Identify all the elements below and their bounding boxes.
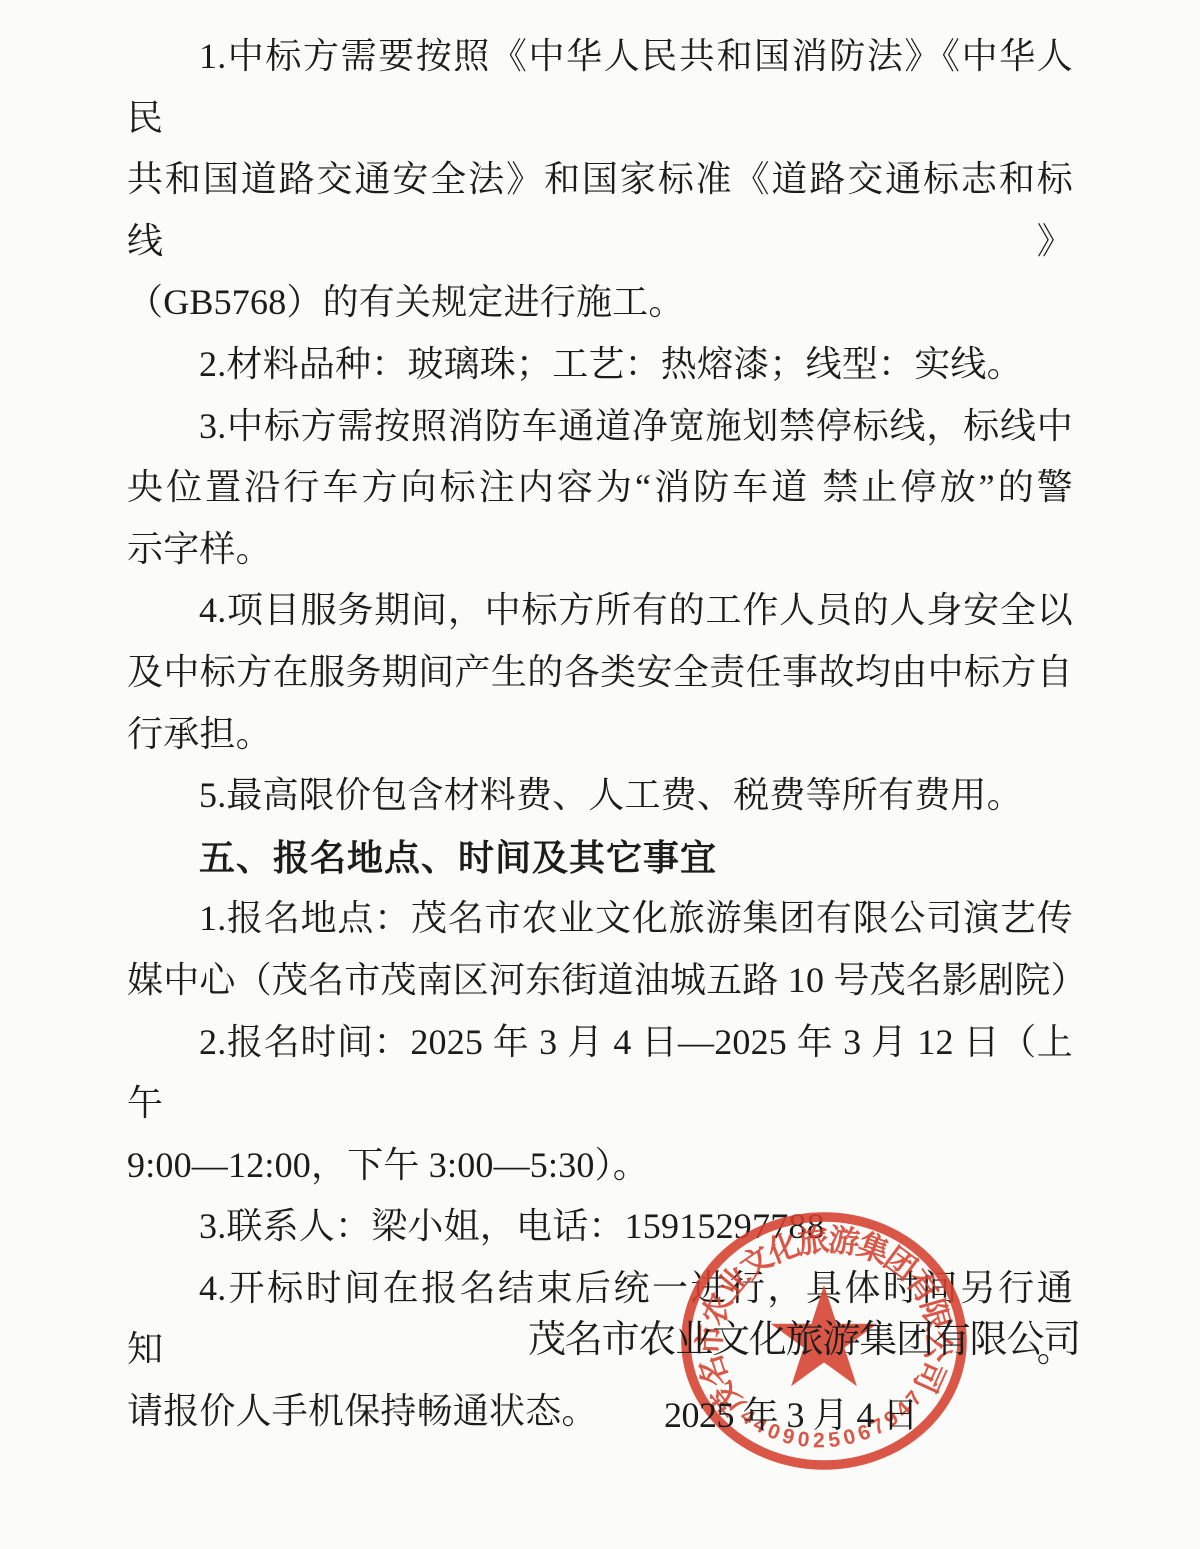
section-heading: 五、报名地点、时间及其它事宜 [127, 827, 1073, 889]
doc-line: 央位置沿行车方向标注内容为“消防车道 禁止停放”的警 [127, 457, 1073, 519]
doc-line: （GB5768）的有关规定进行施工。 [127, 272, 1073, 334]
doc-line: 行承担。 [127, 704, 1073, 766]
doc-line: 2.报名时间：2025 年 3 月 4 日—2025 年 3 月 12 日（上午 [127, 1012, 1073, 1135]
doc-line: 4.项目服务期间，中标方所有的工作人员的人身安全以 [127, 580, 1073, 642]
signature-company: 茂名市农业文化旅游集团有限公司 [528, 1320, 1080, 1362]
doc-line: 媒中心（茂名市茂南区河东街道油城五路 10 号茂名影剧院） [127, 950, 1073, 1012]
doc-line: 1.中标方需要按照《中华人民共和国消防法》《中华人民 [127, 26, 1073, 149]
doc-line: 2.材料品种：玻璃珠；工艺：热熔漆；线型：实线。 [127, 334, 1073, 396]
signature-date: 2025 年 3 月 4 日 [664, 1396, 918, 1436]
scanned-document-page: 1.中标方需要按照《中华人民共和国消防法》《中华人民 共和国道路交通安全法》和国… [0, 0, 1200, 1549]
doc-line: 示字样。 [127, 519, 1073, 581]
doc-line: 1.报名地点：茂名市农业文化旅游集团有限公司演艺传 [127, 888, 1073, 950]
doc-line: 5.最高限价包含材料费、人工费、税费等所有费用。 [127, 765, 1073, 827]
doc-line: 9:00—12:00，下午 3:00—5:30）。 [127, 1135, 1073, 1197]
doc-line: 共和国道路交通安全法》和国家标准《道路交通标志和标线》 [127, 149, 1073, 272]
doc-line: 3.中标方需按照消防车通道净宽施划禁停标线，标线中 [127, 396, 1073, 458]
doc-line: 及中标方在服务期间产生的各类安全责任事故均由中标方自 [127, 642, 1073, 704]
